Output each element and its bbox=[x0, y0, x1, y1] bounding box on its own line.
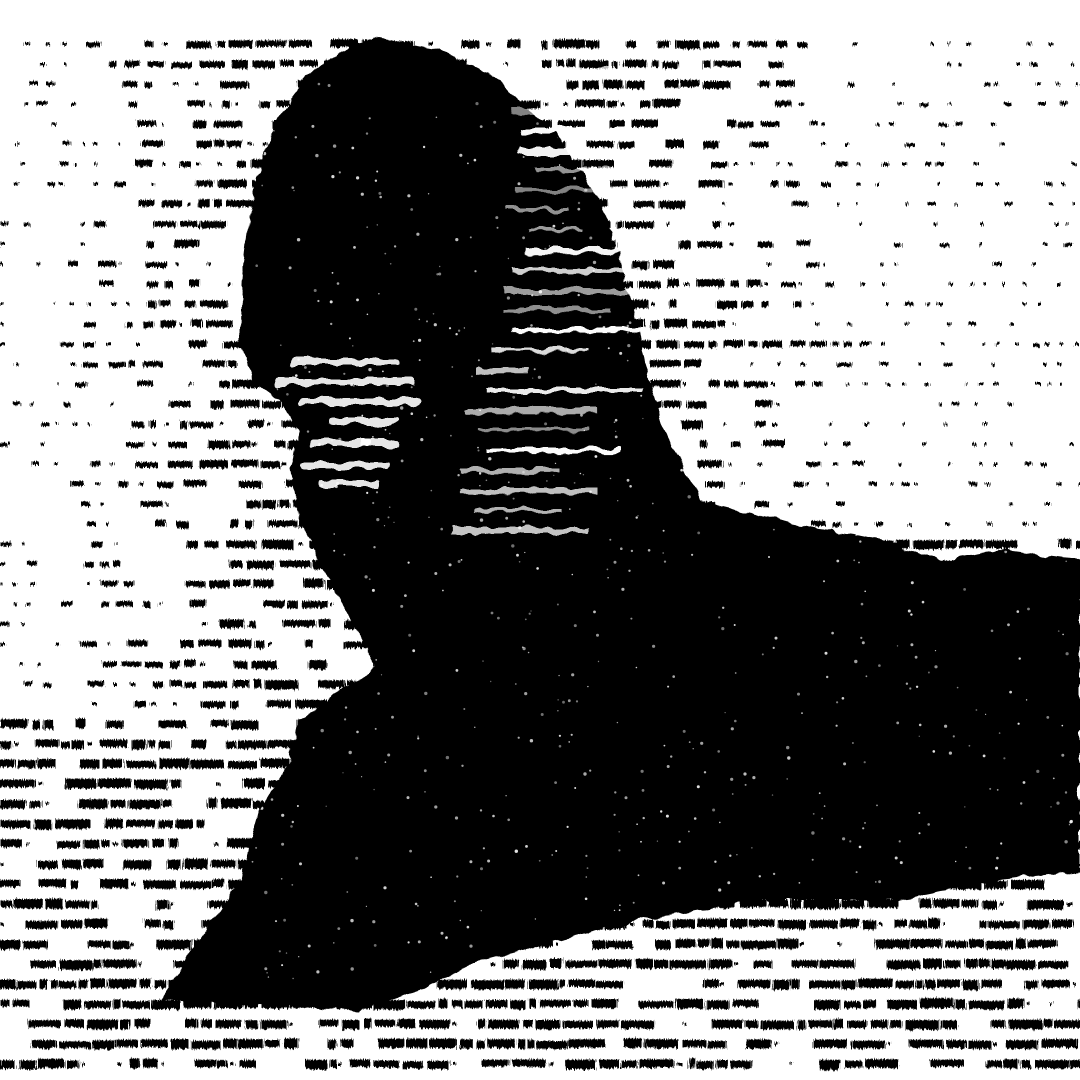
portrait-canvas bbox=[0, 0, 1080, 1080]
halftone-portrait: Halftone scan-line portrait: black silho… bbox=[0, 0, 1080, 1080]
